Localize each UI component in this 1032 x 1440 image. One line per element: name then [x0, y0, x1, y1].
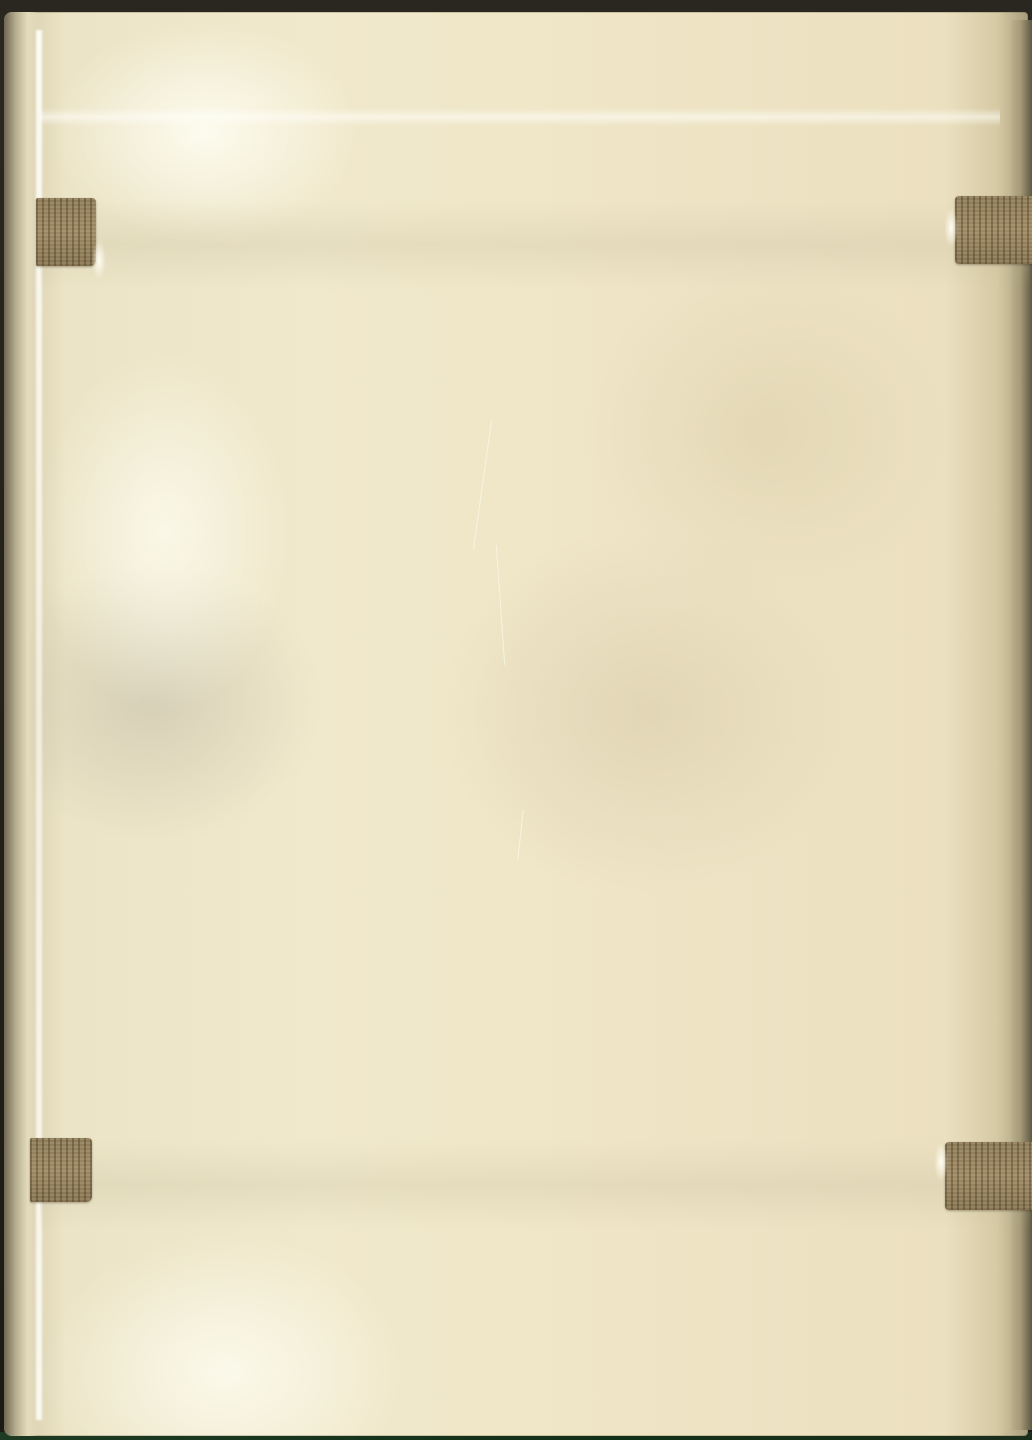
- fabric-tie-bottom-left: [30, 1138, 92, 1202]
- upper-turn-in-shadow: [40, 200, 1030, 290]
- fabric-tie-bottom-right: [945, 1142, 1032, 1210]
- tie-slot-highlight: [92, 240, 106, 280]
- top-fold-crease: [40, 108, 1000, 126]
- fabric-tie-top-right: [955, 196, 1032, 264]
- book-cover-photo: [0, 0, 1032, 1440]
- tie-slot-highlight: [934, 1142, 948, 1182]
- lower-turn-in-shadow: [40, 1140, 1030, 1230]
- spine-edge: [4, 12, 38, 1436]
- fabric-tie-top-left: [36, 198, 96, 266]
- tie-slot-highlight: [944, 208, 958, 248]
